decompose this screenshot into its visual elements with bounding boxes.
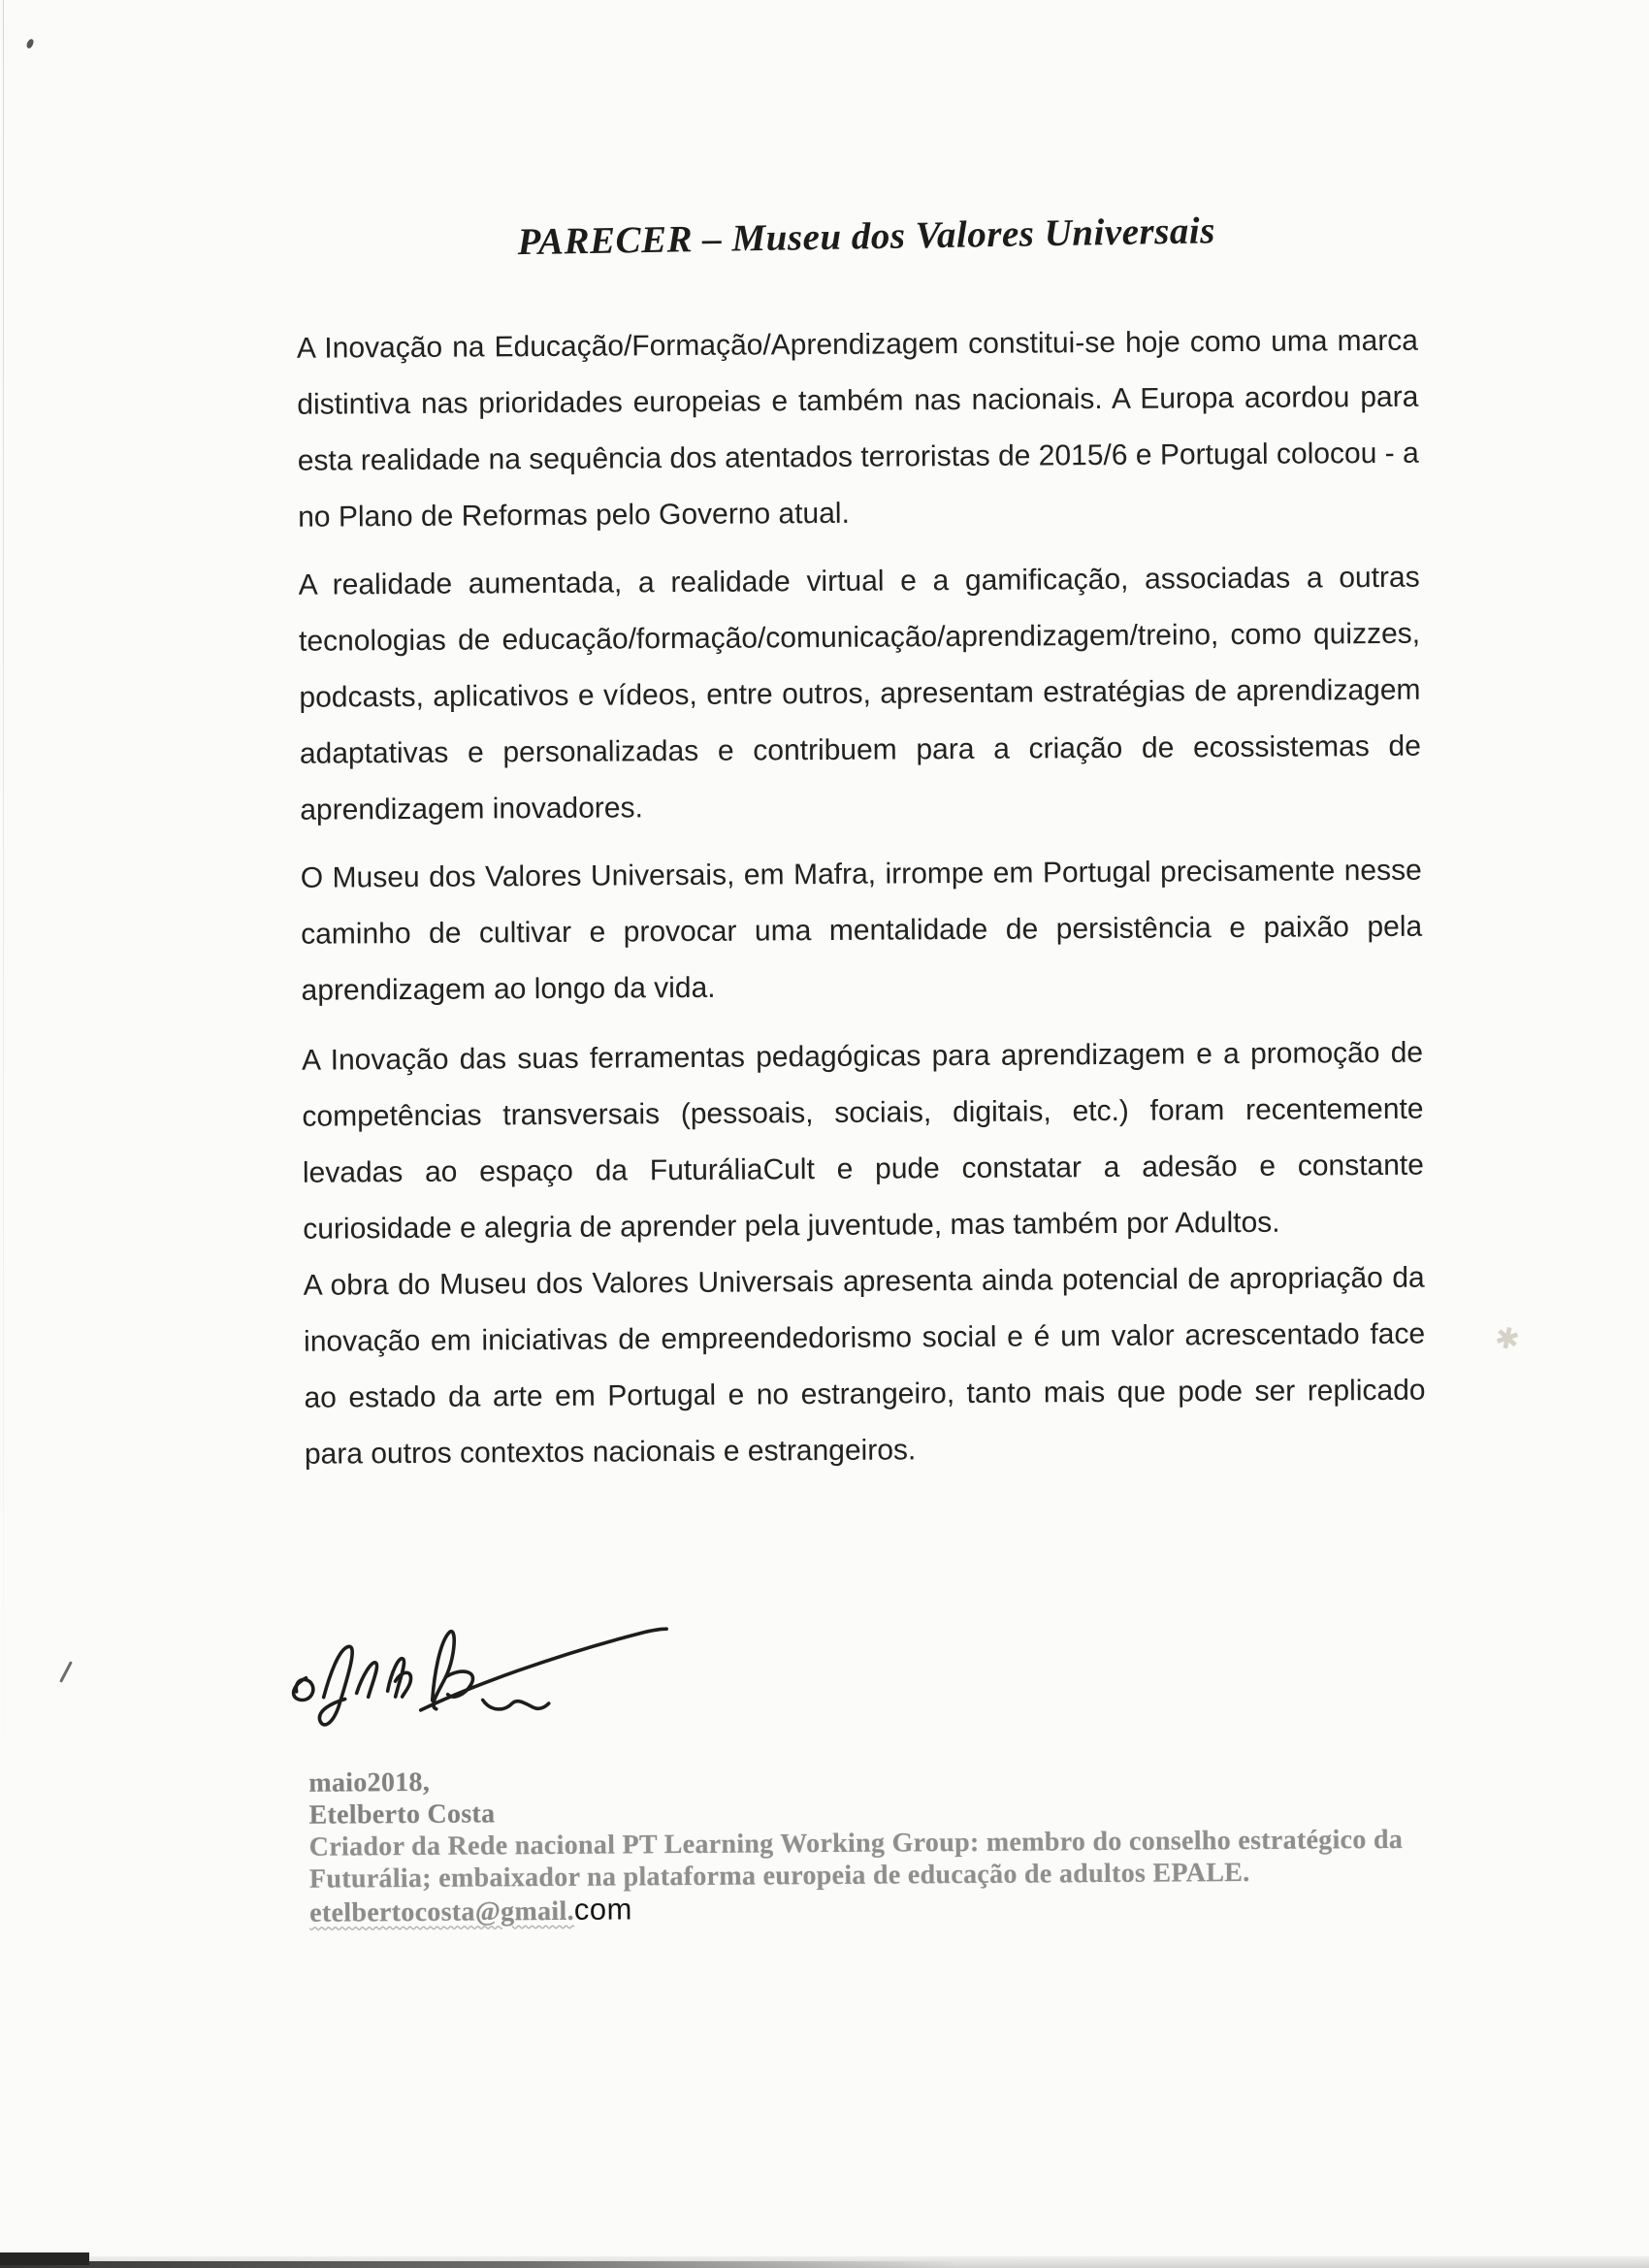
- faint-scan-mark: ✱: [1492, 1320, 1523, 1358]
- scanned-document-page: PARECER – Museu dos Valores Universais A…: [0, 0, 1649, 2268]
- document-title: PARECER – Museu dos Valores Universais: [0, 202, 1644, 273]
- document-body: A Inovação na Educação/Formação/Aprendiz…: [297, 313, 1426, 1483]
- scanner-corner-mark: [0, 2252, 89, 2265]
- paragraph-3: O Museu dos Valores Universais, em Mafra…: [301, 843, 1423, 1020]
- paragraph-1: A Inovação na Educação/Formação/Aprendiz…: [297, 313, 1420, 546]
- slash-scan-mark: [59, 1661, 73, 1683]
- email-address: etelbertocosta@gmail.: [309, 1896, 574, 1928]
- email-suffix: com: [574, 1892, 632, 1926]
- paragraph-2: A realidade aumentada, a realidade virtu…: [298, 550, 1421, 839]
- paragraph-5: A obra do Museu dos Valores Universais a…: [304, 1250, 1427, 1483]
- document-content: PARECER – Museu dos Valores Universais A…: [0, 0, 1649, 2268]
- footer-email-line: etelbertocosta@gmail.com: [309, 1887, 1473, 1928]
- signature-scrawl-icon: [284, 1613, 693, 1752]
- handwritten-signature: [284, 1613, 693, 1752]
- paragraph-4: A Inovação das suas ferramentas pedagógi…: [302, 1025, 1425, 1258]
- scanner-bottom-shadow: [0, 2261, 956, 2268]
- footer-block: maio2018, Etelberto Costa Criador da Red…: [308, 1759, 1473, 1928]
